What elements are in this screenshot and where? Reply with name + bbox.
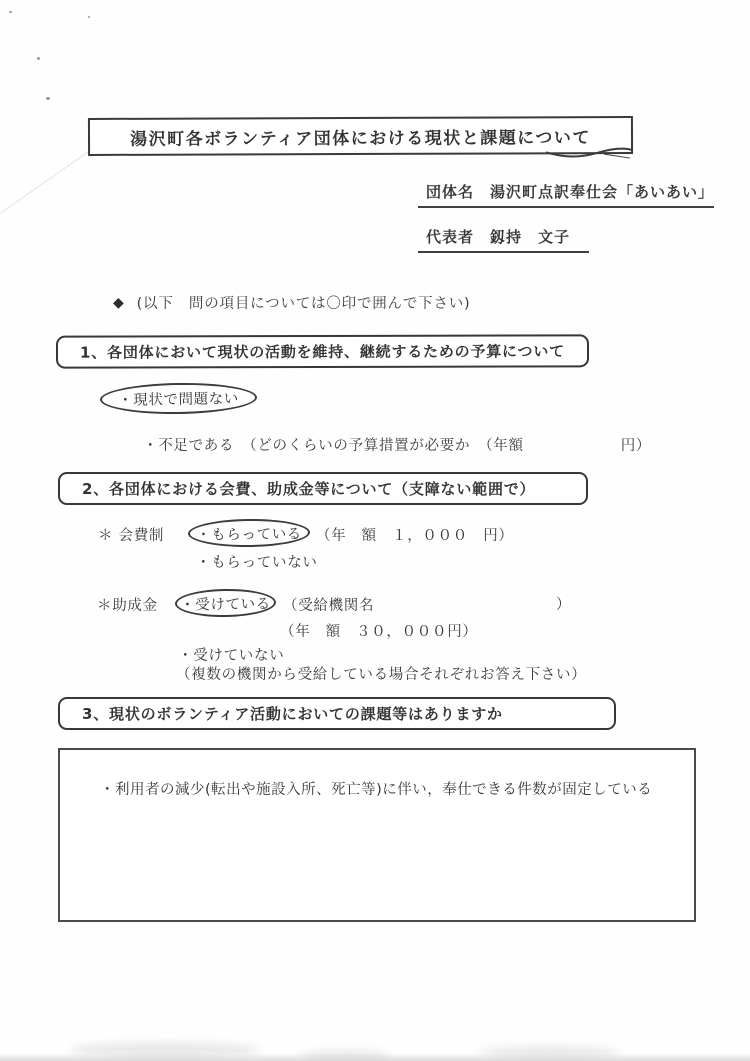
grant-amount: （年 額 ３０，０００円） — [280, 620, 478, 641]
scanned-survey-page: 湯沢町各ボランティア団体における現状と課題について 団体名 湯沢町点訳奉仕会「あ… — [0, 0, 750, 1061]
representative-line: 代表者 釼持 文子 — [418, 226, 589, 253]
question3-heading-box: 3、現状のボランティア活動においての課題等はありますか — [58, 697, 616, 730]
grant-org-field-open: （受給機関名 — [283, 594, 374, 615]
question1-heading: 1、各団体において現状の活動を維持、継続するための予算について — [80, 340, 565, 362]
grant-circled-answer: ・受けている — [175, 588, 276, 617]
scan-speck — [37, 57, 40, 60]
grant-option-not-receiving: ・受けていない — [178, 644, 284, 665]
answer-box: ・利用者の減少(転出や施設入所、死亡等)に伴い，奉仕できる件数が固定している — [58, 748, 696, 922]
fee-option-not-receiving: ・もらっていない — [196, 551, 318, 572]
title-box: 湯沢町各ボランティア団体における現状と課題について — [88, 116, 633, 156]
fee-option-receiving: ・もらっている — [196, 522, 302, 544]
grant-multiple-note: （複数の機関から受給している場合それぞれお答え下さい） — [176, 663, 586, 684]
fee-amount: （年 額 １，０００ 円） — [316, 524, 514, 545]
grant-org-field-close: ） — [556, 593, 571, 614]
page-curl-decoration — [544, 145, 634, 161]
question2-heading-box: 2、各団体における会費、助成金等について（支障ない範囲で） — [58, 472, 588, 505]
blank-fill-space — [524, 434, 621, 455]
instruction-note: ◆ (以下 問の項目については〇印で囲んで下さい) — [113, 292, 471, 313]
instruction-text: (以下 問の項目については〇印で囲んで下さい) — [137, 292, 471, 313]
org-name-line: 団体名 湯沢町点訳奉仕会「あいあい」 — [418, 181, 714, 208]
q1-option-no-problem: ・現状で問題ない — [118, 387, 239, 410]
grant-label: ＊助成金 — [97, 594, 158, 615]
answer-text: ・利用者の減少(転出や施設入所、死亡等)に伴い，奉仕できる件数が固定している — [100, 778, 652, 799]
scan-bottom-edge — [0, 1051, 750, 1061]
fee-circled-answer: ・もらっている — [188, 518, 310, 547]
q1-option-insufficient-end: 円） — [621, 434, 651, 455]
scan-scratch — [0, 151, 89, 221]
question3-heading: 3、現状のボランティア活動においての課題等はありますか — [82, 703, 503, 724]
grant-option-receiving: ・受けている — [180, 592, 271, 614]
scan-speck — [9, 11, 12, 13]
q1-option-insufficient: ・不足である （どのくらいの予算措置が必要か （年額 円） — [143, 434, 651, 455]
scan-speck — [46, 97, 50, 100]
scan-speck — [88, 16, 90, 18]
q1-circled-answer: ・現状で問題ない — [100, 382, 257, 415]
question1-heading-box: 1、各団体において現状の活動を維持、継続するための予算について — [56, 334, 589, 368]
diamond-icon: ◆ — [113, 295, 125, 311]
q1-option-insufficient-text: ・不足である （どのくらいの予算措置が必要か （年額 — [143, 434, 524, 455]
fee-label: ＊ 会費制 — [98, 524, 164, 545]
question2-heading: 2、各団体における会費、助成金等について（支障ない範囲で） — [82, 478, 535, 499]
page-title: 湯沢町各ボランティア団体における現状と課題について — [130, 123, 591, 150]
